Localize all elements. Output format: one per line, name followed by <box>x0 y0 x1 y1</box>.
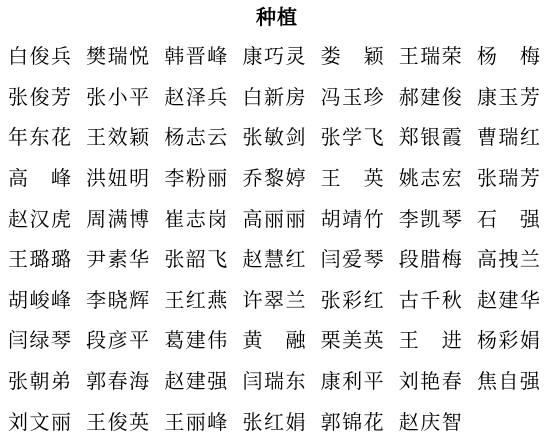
name-cell: 王红燕 <box>164 289 227 313</box>
name-cell: 段腊梅 <box>399 248 462 272</box>
name-cell: 赵慧红 <box>242 248 305 272</box>
name-table: 白俊兵樊瑞悦韩晋峰康巧灵娄 颖王瑞荣杨 梅张俊芳张小平赵泽兵白新房冯玉珍郝建俊康… <box>8 37 540 443</box>
name-cell: 白新房 <box>242 86 305 110</box>
name-cell: 尹素华 <box>86 248 149 272</box>
name-cell: 闫瑞东 <box>242 370 305 394</box>
name-cell: 张敏剑 <box>242 126 305 150</box>
table-row: 年东花王效颖杨志云张敏剑张学飞郑银霞曹瑞红 <box>8 118 540 159</box>
name-cell: 栗美英 <box>321 329 384 353</box>
table-row: 赵汉虎周满博崔志岗高丽丽胡靖竹李凯琴石 强 <box>8 199 540 240</box>
name-cell: 康利平 <box>321 370 384 394</box>
name-cell: 胡峻峰 <box>8 289 71 313</box>
name-cell: 张俊芳 <box>8 86 71 110</box>
name-cell: 白俊兵 <box>8 45 71 69</box>
name-cell: 赵泽兵 <box>164 86 227 110</box>
name-cell: 乔黎婷 <box>242 167 305 191</box>
name-cell: 张小平 <box>86 86 149 110</box>
table-row: 高 峰洪妞明李粉丽乔黎婷王 英姚志宏张瑞芳 <box>8 159 540 200</box>
name-cell: 高丽丽 <box>242 208 305 232</box>
name-cell: 许翠兰 <box>242 289 305 313</box>
name-cell: 洪妞明 <box>86 167 149 191</box>
name-cell: 康玉芳 <box>477 86 540 110</box>
name-cell: 李凯琴 <box>399 208 462 232</box>
name-cell: 郭春海 <box>86 370 149 394</box>
name-cell: 周满博 <box>86 208 149 232</box>
table-row: 刘文丽王俊英王丽峰张红娟郭锦花赵庆智 <box>8 402 540 443</box>
name-cell: 高 峰 <box>8 167 71 191</box>
name-cell: 杨彩娟 <box>477 329 540 353</box>
name-cell: 赵建强 <box>164 370 227 394</box>
name-cell: 王瑞荣 <box>399 45 462 69</box>
name-cell: 张学飞 <box>321 126 384 150</box>
name-cell: 高拽兰 <box>477 248 540 272</box>
name-cell: 张瑞芳 <box>477 167 540 191</box>
table-row: 白俊兵樊瑞悦韩晋峰康巧灵娄 颖王瑞荣杨 梅 <box>8 37 540 78</box>
name-cell: 闫爱琴 <box>321 248 384 272</box>
name-cell: 郭锦花 <box>321 411 384 435</box>
name-cell: 焦自强 <box>477 370 540 394</box>
name-cell: 段彦平 <box>86 329 149 353</box>
name-cell: 樊瑞悦 <box>86 45 149 69</box>
name-cell: 郝建俊 <box>399 86 462 110</box>
name-cell: 冯玉珍 <box>321 86 384 110</box>
name-cell: 康巧灵 <box>242 45 305 69</box>
name-cell: 古千秋 <box>399 289 462 313</box>
name-cell: 葛建伟 <box>164 329 227 353</box>
name-cell: 王 英 <box>321 167 384 191</box>
name-cell: 张朝弟 <box>8 370 71 394</box>
name-cell: 王 进 <box>399 329 462 353</box>
table-row: 闫绿琴段彦平葛建伟黄 融栗美英王 进杨彩娟 <box>8 321 540 362</box>
name-cell: 赵汉虎 <box>8 208 71 232</box>
name-cell: 王俊英 <box>86 411 149 435</box>
name-cell: 闫绿琴 <box>8 329 71 353</box>
name-cell: 李晓辉 <box>86 289 149 313</box>
name-cell: 韩晋峰 <box>164 45 227 69</box>
table-row: 胡峻峰李晓辉王红燕许翠兰张彩红古千秋赵建华 <box>8 281 540 322</box>
document-page: 种植 白俊兵樊瑞悦韩晋峰康巧灵娄 颖王瑞荣杨 梅张俊芳张小平赵泽兵白新房冯玉珍郝… <box>0 0 554 444</box>
name-cell: 刘艳春 <box>399 370 462 394</box>
name-cell: 王效颖 <box>86 126 149 150</box>
name-cell: 王璐璐 <box>8 248 71 272</box>
name-cell: 杨 梅 <box>477 45 540 69</box>
table-row: 王璐璐尹素华张韶飞赵慧红闫爱琴段腊梅高拽兰 <box>8 240 540 281</box>
name-cell: 崔志岗 <box>164 208 227 232</box>
table-row: 张朝弟郭春海赵建强闫瑞东康利平刘艳春焦自强 <box>8 362 540 403</box>
name-cell: 张红娟 <box>242 411 305 435</box>
name-cell: 赵建华 <box>477 289 540 313</box>
name-cell: 张韶飞 <box>164 248 227 272</box>
table-row: 张俊芳张小平赵泽兵白新房冯玉珍郝建俊康玉芳 <box>8 78 540 119</box>
name-cell: 王丽峰 <box>164 411 227 435</box>
name-cell: 姚志宏 <box>399 167 462 191</box>
name-cell: 娄 颖 <box>321 45 384 69</box>
name-cell: 杨志云 <box>164 126 227 150</box>
name-cell: 胡靖竹 <box>321 208 384 232</box>
name-cell: 李粉丽 <box>164 167 227 191</box>
name-cell: 刘文丽 <box>8 411 71 435</box>
name-cell: 黄 融 <box>242 329 305 353</box>
name-cell: 曹瑞红 <box>477 126 540 150</box>
name-cell: 石 强 <box>477 208 540 232</box>
name-cell: 年东花 <box>8 126 71 150</box>
name-cell: 张彩红 <box>321 289 384 313</box>
name-cell: 赵庆智 <box>399 411 462 435</box>
page-title: 种植 <box>0 0 554 29</box>
name-cell: 郑银霞 <box>399 126 462 150</box>
